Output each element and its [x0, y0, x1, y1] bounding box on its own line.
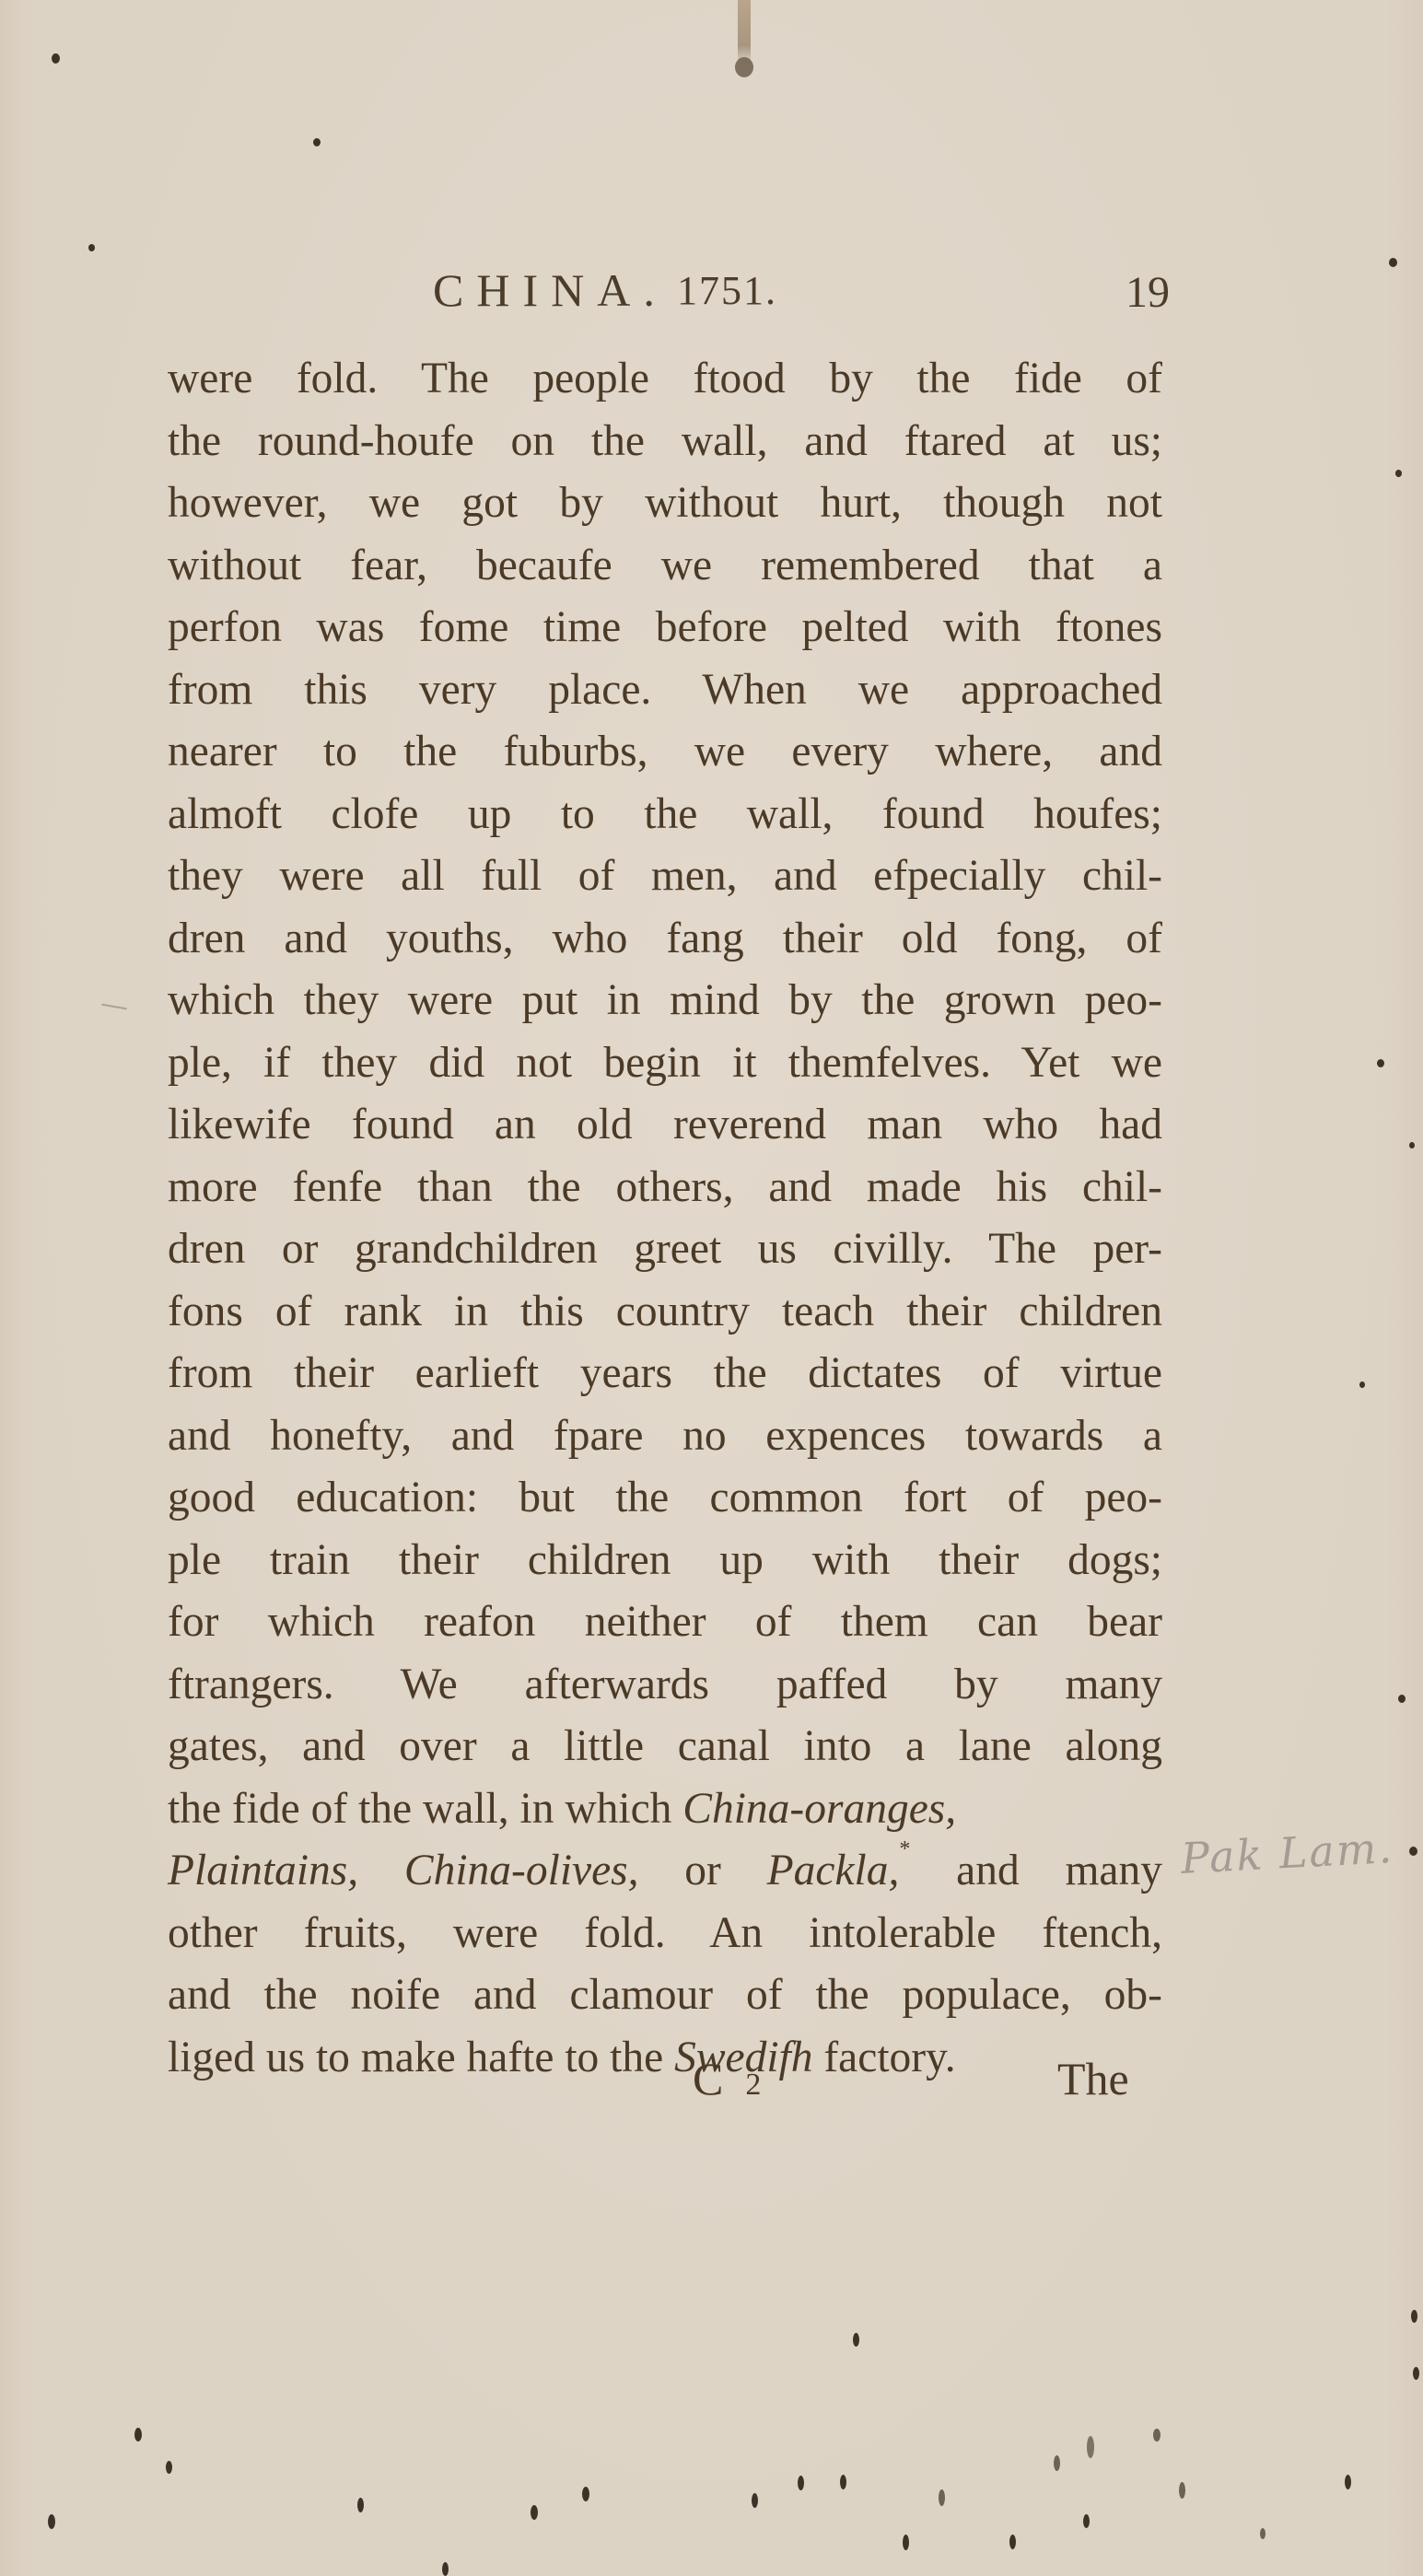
speck [1260, 2528, 1266, 2539]
speck [1179, 2482, 1185, 2499]
text-line: ple train their children up with their d… [168, 1530, 1162, 1592]
binding-knot [735, 57, 753, 77]
italic-term: Packla, [767, 1847, 900, 1894]
text-line: fons of rank in this country teach their… [168, 1281, 1162, 1344]
speck [442, 2562, 449, 2576]
pencil-annotation: Pak Lam. [1180, 1823, 1395, 1883]
speck [1359, 1381, 1365, 1388]
paper-mark [101, 1004, 127, 1010]
running-head-year: 1751. [677, 267, 777, 314]
text-line: gates, and over a little canal into a la… [168, 1716, 1162, 1778]
speck [88, 244, 95, 251]
speck [1409, 1847, 1417, 1856]
speck [1411, 2310, 1417, 2323]
page-number: 19 [1126, 267, 1170, 318]
footnote-mark: * [899, 1837, 910, 1861]
speck [52, 53, 60, 64]
text-line: ple, if they did not begin it themfelves… [168, 1032, 1162, 1095]
italic-term: China-olives, [404, 1847, 639, 1894]
speck [939, 2489, 945, 2506]
text-line: and the noife and clamour of the populac… [168, 1964, 1162, 2027]
text-segment: or [684, 1847, 721, 1894]
speck [1087, 2436, 1094, 2458]
book-page: CHINA. 1751. 19 were fold. The people ft… [0, 0, 1423, 2576]
speck [48, 2514, 55, 2529]
speck [582, 2487, 589, 2501]
text-line: the round-houfe on the wall, and ftared … [168, 411, 1162, 473]
body-text: were fold. The people ftood by the fide … [168, 348, 1162, 2089]
text-line: were fold. The people ftood by the fide … [168, 348, 1162, 411]
text-line: other fruits, were fold. An intolerable … [168, 1903, 1162, 1965]
text-line: perfon was fome time before pelted with … [168, 597, 1162, 659]
text-line: from their earlieft years the dictates o… [168, 1343, 1162, 1405]
speck [1395, 470, 1402, 477]
speck [1389, 258, 1397, 267]
speck [313, 138, 321, 146]
text-line: which they were put in mind by the grown… [168, 970, 1162, 1032]
text-line: ftrangers. We afterwards paffed by many [168, 1654, 1162, 1717]
signature-mark: C2 [693, 2052, 761, 2105]
text-segment: liged us to make hafte to the [168, 2034, 663, 2081]
signature-number: 2 [745, 2068, 761, 2102]
running-head: CHINA. 1751. 19 [433, 263, 1170, 319]
italic-term: Plaintains, [168, 1847, 358, 1894]
speck [357, 2498, 364, 2512]
binding-thread [738, 0, 751, 64]
text-line: for which reafon neither of them can bea… [168, 1591, 1162, 1654]
text-line: liged us to make hafte to the Swedifh fa… [168, 2027, 1162, 2090]
text-segment: and many [956, 1847, 1162, 1894]
speck [1398, 1695, 1406, 1703]
speck [853, 2333, 859, 2347]
text-line: good education: but the common fort of p… [168, 1467, 1162, 1530]
running-head-title: CHINA. [433, 263, 668, 317]
speck [752, 2493, 758, 2508]
speck [1377, 1059, 1384, 1067]
text-line: they were all full of men, and efpeciall… [168, 845, 1162, 908]
text-segment: factory. [823, 2034, 955, 2081]
speck [166, 2461, 172, 2474]
speck [1409, 1142, 1415, 1148]
text-line: without fear, becaufe we remembered that… [168, 535, 1162, 598]
italic-term: China-oranges, [682, 1785, 956, 1833]
text-line: dren or grandchildren greet us civilly. … [168, 1218, 1162, 1281]
signature-letter: C [693, 2053, 723, 2104]
text-line: from this very place. When we approached [168, 659, 1162, 722]
text-line: more fenfe than the others, and made his… [168, 1157, 1162, 1219]
speck [798, 2476, 804, 2490]
text-line: the fide of the wall, in which China-ora… [168, 1778, 1162, 1841]
text-segment: the fide of the wall, in which [168, 1785, 671, 1833]
speck [531, 2505, 538, 2520]
speck [1083, 2514, 1090, 2528]
speck [903, 2535, 909, 2550]
text-line: dren and youths, who fang their old fong… [168, 908, 1162, 971]
catchword: The [1057, 2052, 1129, 2105]
speck [840, 2475, 846, 2489]
text-line: likewife found an old reverend man who h… [168, 1094, 1162, 1157]
speck [1413, 2367, 1419, 2380]
text-line: Plaintains, China-olives, or Packla,* an… [168, 1840, 1162, 1903]
speck [1009, 2535, 1016, 2549]
text-line: nearer to the fuburbs, we every where, a… [168, 721, 1162, 784]
text-line: almoft clofe up to the wall, found houfe… [168, 784, 1162, 846]
speck [1153, 2429, 1161, 2442]
text-line: and honefty, and fpare no expences towar… [168, 1405, 1162, 1468]
speck [1345, 2475, 1351, 2489]
text-line: however, we got by without hurt, though … [168, 472, 1162, 535]
speck [134, 2428, 142, 2442]
speck [1054, 2455, 1060, 2471]
